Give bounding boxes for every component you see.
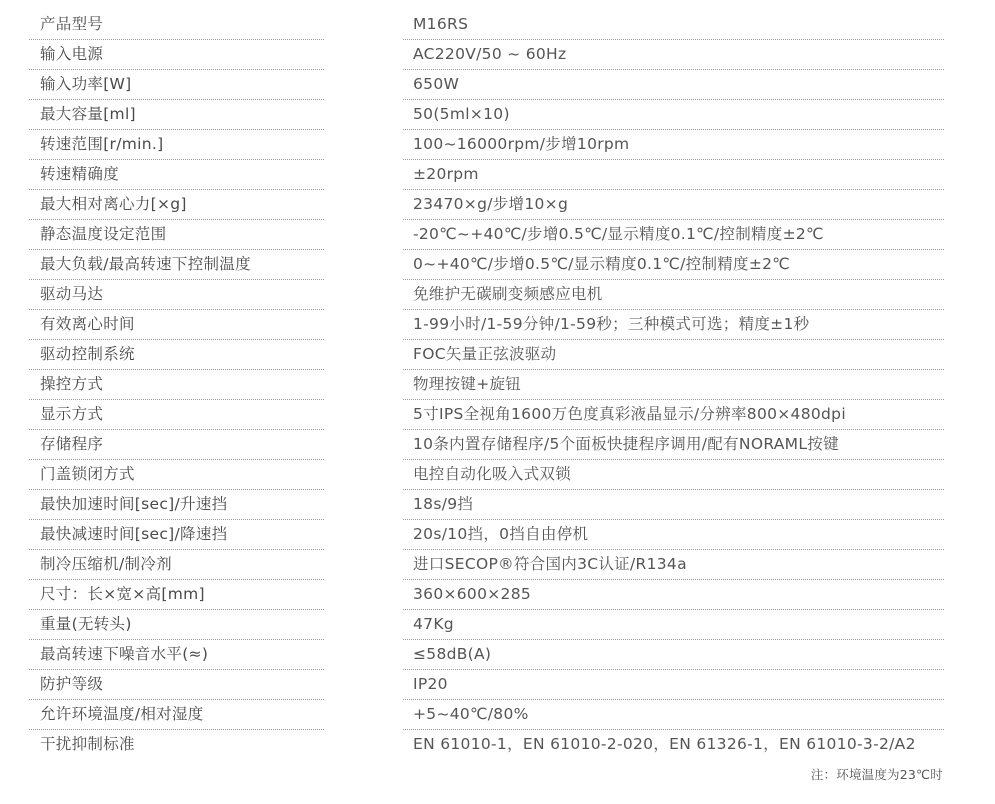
spec-row-max-rcf: 最大相对离心力[×g] 23470×g/步增10×g [0,190,995,220]
spec-value: IP20 [403,670,944,700]
spec-value: ≤58dB(A) [403,640,944,670]
spec-value: 50(5ml×10) [403,100,944,130]
spec-value: -20℃~+40℃/步增0.5℃/显示精度0.1℃/控制精度±2℃ [403,220,944,250]
spec-value: 电控自动化吸入式双锁 [403,460,944,490]
spec-row-static-temp-range: 静态温度设定范围 -20℃~+40℃/步增0.5℃/显示精度0.1℃/控制精度±… [0,220,995,250]
spec-label: 驱动马达 [29,280,324,310]
spec-label: 允许环境温度/相对湿度 [29,700,324,730]
spec-value: 0~+40℃/步增0.5℃/显示精度0.1℃/控制精度±2℃ [403,250,944,280]
spec-label: 重量(无转头) [29,610,324,640]
spec-row-compressor-refrigerant: 制冷压缩机/制冷剂 进口SECOP®符合国内3C认证/R134a [0,550,995,580]
spec-label: 最大相对离心力[×g] [29,190,324,220]
spec-label: 操控方式 [29,370,324,400]
spec-value: FOC矢量正弦波驱动 [403,340,944,370]
spec-label: 防护等级 [29,670,324,700]
spec-row-input-power-supply: 输入电源 AC220V/50 ~ 60Hz [0,40,995,70]
spec-label: 干扰抑制标准 [29,730,324,759]
spec-label: 显示方式 [29,400,324,430]
spec-value: 18s/9挡 [403,490,944,520]
spec-row-model: 产品型号 M16RS [0,10,995,40]
spec-label: 门盖锁闭方式 [29,460,324,490]
spec-value: 物理按键+旋钮 [403,370,944,400]
spec-label: 最快减速时间[sec]/降速挡 [29,520,324,550]
spec-label: 产品型号 [29,10,324,40]
spec-row-acceleration: 最快加速时间[sec]/升速挡 18s/9挡 [0,490,995,520]
spec-row-display-mode: 显示方式 5寸IPS全视角1600万色度真彩液晶显示/分辨率800×480dpi [0,400,995,430]
spec-row-lid-lock: 门盖锁闭方式 电控自动化吸入式双锁 [0,460,995,490]
spec-label: 转速范围[r/min.] [29,130,324,160]
spec-value: 650W [403,70,944,100]
spec-label: 转速精确度 [29,160,324,190]
spec-label: 输入功率[W] [29,70,324,100]
spec-row-weight: 重量(无转头) 47Kg [0,610,995,640]
spec-value: ±20rpm [403,160,944,190]
spec-row-stored-programs: 存储程序 10条内置存储程序/5个面板快捷程序调用/配有NORAML按键 [0,430,995,460]
spec-row-noise-level: 最高转速下噪音水平(≈) ≤58dB(A) [0,640,995,670]
spec-label: 最高转速下噪音水平(≈) [29,640,324,670]
spec-value: 进口SECOP®符合国内3C认证/R134a [403,550,944,580]
spec-label: 有效离心时间 [29,310,324,340]
spec-row-deceleration: 最快减速时间[sec]/降速挡 20s/10挡，0挡自由停机 [0,520,995,550]
spec-label: 静态温度设定范围 [29,220,324,250]
spec-row-centrifuge-time: 有效离心时间 1-99小时/1-59分钟/1-59秒；三种模式可选；精度±1秒 [0,310,995,340]
spec-value: EN 61010-1，EN 61010-2-020，EN 61326-1，EN … [403,730,944,759]
footnote: 注：环境温度为23℃时 [811,765,943,783]
spec-table: 产品型号 M16RS 输入电源 AC220V/50 ~ 60Hz 输入功率[W]… [0,10,995,760]
spec-value: 1-99小时/1-59分钟/1-59秒；三种模式可选；精度±1秒 [403,310,944,340]
spec-row-drive-motor: 驱动马达 免维护无碳刷变频感应电机 [0,280,995,310]
spec-label: 制冷压缩机/制冷剂 [29,550,324,580]
spec-row-dimensions: 尺寸：长×宽×高[mm] 360×600×285 [0,580,995,610]
spec-row-operation-mode: 操控方式 物理按键+旋钮 [0,370,995,400]
spec-row-speed-range: 转速范围[r/min.] 100~16000rpm/步增10rpm [0,130,995,160]
spec-row-protection-class: 防护等级 IP20 [0,670,995,700]
spec-value: +5~40℃/80% [403,700,944,730]
spec-row-speed-accuracy: 转速精确度 ±20rpm [0,160,995,190]
spec-value: AC220V/50 ~ 60Hz [403,40,944,70]
spec-row-input-power: 输入功率[W] 650W [0,70,995,100]
spec-label: 存储程序 [29,430,324,460]
spec-row-max-load-temp-control: 最大负载/最高转速下控制温度 0~+40℃/步增0.5℃/显示精度0.1℃/控制… [0,250,995,280]
spec-label: 驱动控制系统 [29,340,324,370]
spec-row-ambient-conditions: 允许环境温度/相对湿度 +5~40℃/80% [0,700,995,730]
spec-value: 23470×g/步增10×g [403,190,944,220]
spec-row-max-capacity: 最大容量[ml] 50(5ml×10) [0,100,995,130]
spec-value: 10条内置存储程序/5个面板快捷程序调用/配有NORAML按键 [403,430,944,460]
spec-value: 47Kg [403,610,944,640]
spec-label: 最快加速时间[sec]/升速挡 [29,490,324,520]
spec-value: M16RS [403,10,944,40]
spec-label: 最大负载/最高转速下控制温度 [29,250,324,280]
spec-value: 360×600×285 [403,580,944,610]
spec-value: 免维护无碳刷变频感应电机 [403,280,944,310]
spec-value: 20s/10挡，0挡自由停机 [403,520,944,550]
spec-value: 5寸IPS全视角1600万色度真彩液晶显示/分辨率800×480dpi [403,400,944,430]
spec-label: 输入电源 [29,40,324,70]
spec-label: 尺寸：长×宽×高[mm] [29,580,324,610]
spec-value: 100~16000rpm/步增10rpm [403,130,944,160]
spec-row-emc-standards: 干扰抑制标准 EN 61010-1，EN 61010-2-020，EN 6132… [0,730,995,760]
spec-label: 最大容量[ml] [29,100,324,130]
spec-row-drive-control-system: 驱动控制系统 FOC矢量正弦波驱动 [0,340,995,370]
